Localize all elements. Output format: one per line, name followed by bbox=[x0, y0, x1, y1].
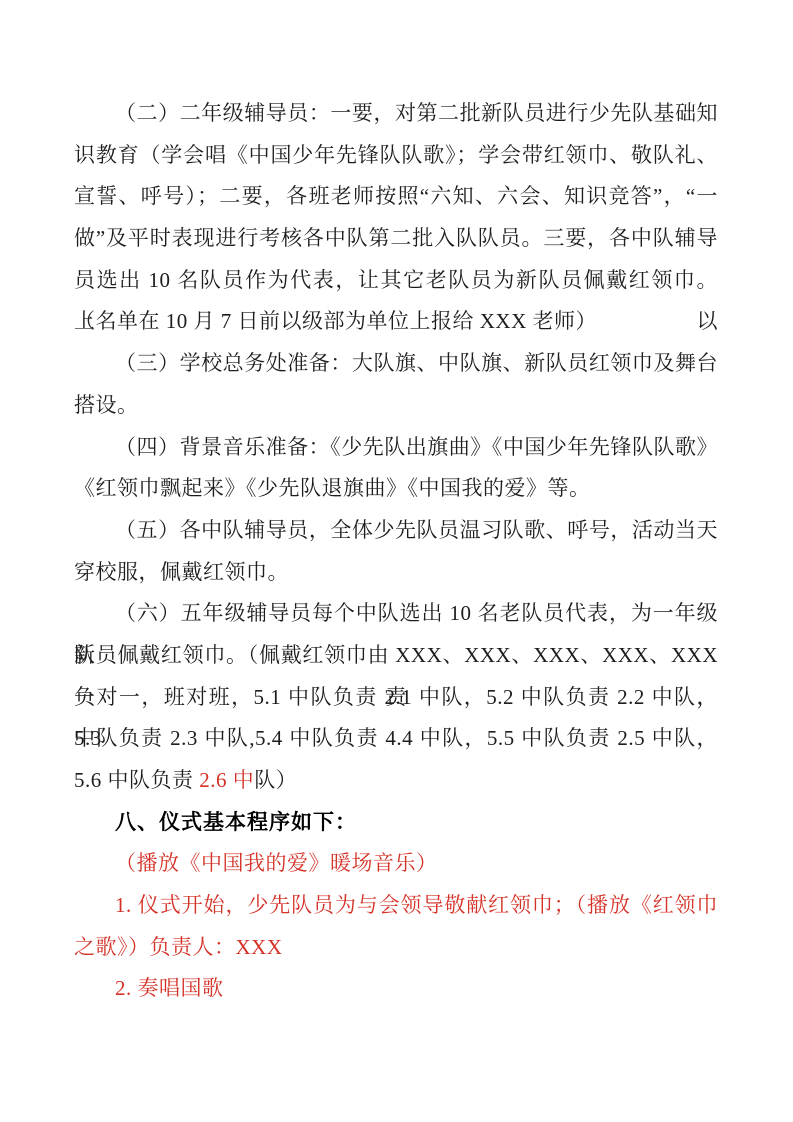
text-line: 中队负责 2.3 中队,5.4 中队负责 4.4 中队，5.5 中队负责 2.5… bbox=[74, 718, 718, 760]
text-line: 八、仪式基本程序如下： bbox=[74, 802, 718, 844]
para-step-1-ceremony-start: 1. 仪式开始，少先队员为与会领导敬献红领巾；（播放《红领巾之歌》）负责人：XX… bbox=[74, 885, 718, 968]
text-line: 穿校服，佩戴红领巾。 bbox=[74, 552, 718, 594]
text-segment: 之歌》）负责人：XXX bbox=[74, 935, 283, 959]
text-segment: （播放《中国我的爱》暖场音乐） bbox=[115, 851, 438, 875]
text-line: 识教育（学会唱《中国少年先锋队队歌》；学会带红领巾、敬队礼、 bbox=[74, 135, 718, 177]
text-segment: 搭设。 bbox=[74, 393, 139, 417]
text-segment: 《红领巾飘起来》《少先队退旗曲》《中国我的爱》等。 bbox=[74, 476, 591, 500]
text-segment: 穿校服，佩戴红领巾。 bbox=[74, 560, 289, 584]
text-line: （二）二年级辅导员：一要，对第二批新队员进行少先队基础知 bbox=[74, 93, 718, 135]
text-segment: （二）二年级辅导员：一要，对第二批新队员进行少先队基础知 bbox=[115, 101, 718, 125]
text-segment: 5.6 中队负责 bbox=[74, 768, 199, 792]
text-line: 5.6 中队负责 2.6 中队） bbox=[74, 760, 718, 802]
text-line: 《红领巾飘起来》《少先队退旗曲》《中国我的爱》等。 bbox=[74, 468, 718, 510]
para-heading-8-ceremony-procedure: 八、仪式基本程序如下： bbox=[74, 802, 718, 844]
para-step-2-national-anthem: 2. 奏唱国歌 bbox=[74, 968, 718, 1010]
text-line: 2. 奏唱国歌 bbox=[74, 968, 718, 1010]
text-line: 员选出 10 名队员作为代表，让其它老队员为新队员佩戴红领巾。（以 bbox=[74, 260, 718, 302]
text-segment: 队） bbox=[254, 768, 297, 792]
text-segment: 1. 仪式开始，少先队员为与会领导敬献红领巾；（播放《红领巾 bbox=[115, 893, 718, 917]
red-highlighted-text: 2.6 中 bbox=[199, 768, 254, 792]
text-segment: （三）学校总务处准备：大队旗、中队旗、新队员红领巾及舞台 bbox=[115, 351, 718, 375]
text-segment: 上名单在 10 月 7 日前以级部为单位上报给 XXX 老师） bbox=[74, 309, 597, 333]
text-segment: 2. 奏唱国歌 bbox=[115, 976, 224, 1000]
text-line: （三）学校总务处准备：大队旗、中队旗、新队员红领巾及舞台 bbox=[74, 343, 718, 385]
text-segment: 中队负责 2.3 中队,5.4 中队负责 4.4 中队，5.5 中队负责 2.5… bbox=[74, 726, 718, 750]
document-content: （二）二年级辅导员：一要，对第二批新队员进行少先队基础知识教育（学会唱《中国少年… bbox=[74, 93, 718, 1010]
text-line: 搭设。 bbox=[74, 385, 718, 427]
text-segment: （四）背景音乐准备：《少先队出旗曲》《中国少年先锋队队歌》 bbox=[115, 435, 718, 459]
text-line: 之歌》）负责人：XXX bbox=[74, 927, 718, 969]
para-item-6-fifth-grade-counselors: （六）五年级辅导员每个中队选出 10 名老队员代表，为一年级新队员佩戴红领巾。（… bbox=[74, 593, 718, 801]
text-segment: 宣誓、呼号）；二要，各班老师按照“六知、六会、知识竞答”，“一 bbox=[74, 184, 718, 208]
text-line: 1. 仪式开始，少先队员为与会领导敬献红领巾；（播放《红领巾 bbox=[74, 885, 718, 927]
text-line: 一对一，班对班，5.1 中队负责 2.1 中队，5.2 中队负责 2.2 中队，… bbox=[74, 677, 718, 719]
document-page: （二）二年级辅导员：一要，对第二批新队员进行少先队基础知识教育（学会唱《中国少年… bbox=[0, 0, 793, 1122]
text-line: 宣誓、呼号）；二要，各班老师按照“六知、六会、知识竞答”，“一 bbox=[74, 176, 718, 218]
text-line: （四）背景音乐准备：《少先队出旗曲》《中国少年先锋队队歌》 bbox=[74, 427, 718, 469]
para-item-3-general-affairs-office: （三）学校总务处准备：大队旗、中队旗、新队员红领巾及舞台搭设。 bbox=[74, 343, 718, 426]
para-item-5-squadron-counselors: （五）各中队辅导员，全体少先队员温习队歌、呼号，活动当天穿校服，佩戴红领巾。 bbox=[74, 510, 718, 593]
text-line: 队员佩戴红领巾。（佩戴红领巾由 XXX、XXX、XXX、XXX、XXX 负责， bbox=[74, 635, 718, 677]
document-page-body: { "colors": { "page_bg": "#ffffff", "bod… bbox=[0, 0, 793, 1122]
para-item-4-background-music: （四）背景音乐准备：《少先队出旗曲》《中国少年先锋队队歌》《红领巾飘起来》《少先… bbox=[74, 427, 718, 510]
text-segment: （五）各中队辅导员，全体少先队员温习队歌、呼号，活动当天 bbox=[115, 518, 718, 542]
text-line: （六）五年级辅导员每个中队选出 10 名老队员代表，为一年级新 bbox=[74, 593, 718, 635]
text-line: （五）各中队辅导员，全体少先队员温习队歌、呼号，活动当天 bbox=[74, 510, 718, 552]
text-line: （播放《中国我的爱》暖场音乐） bbox=[74, 843, 718, 885]
text-segment: 做”及平时表现进行考核各中队第二批入队队员。三要，各中队辅导 bbox=[74, 226, 718, 250]
para-warmup-music-note: （播放《中国我的爱》暖场音乐） bbox=[74, 843, 718, 885]
text-segment: 识教育（学会唱《中国少年先锋队队歌》；学会带红领巾、敬队礼、 bbox=[74, 143, 718, 167]
text-line: 做”及平时表现进行考核各中队第二批入队队员。三要，各中队辅导 bbox=[74, 218, 718, 260]
text-segment: 八、仪式基本程序如下： bbox=[115, 811, 357, 834]
para-item-2-second-grade-counselors: （二）二年级辅导员：一要，对第二批新队员进行少先队基础知识教育（学会唱《中国少年… bbox=[74, 93, 718, 343]
